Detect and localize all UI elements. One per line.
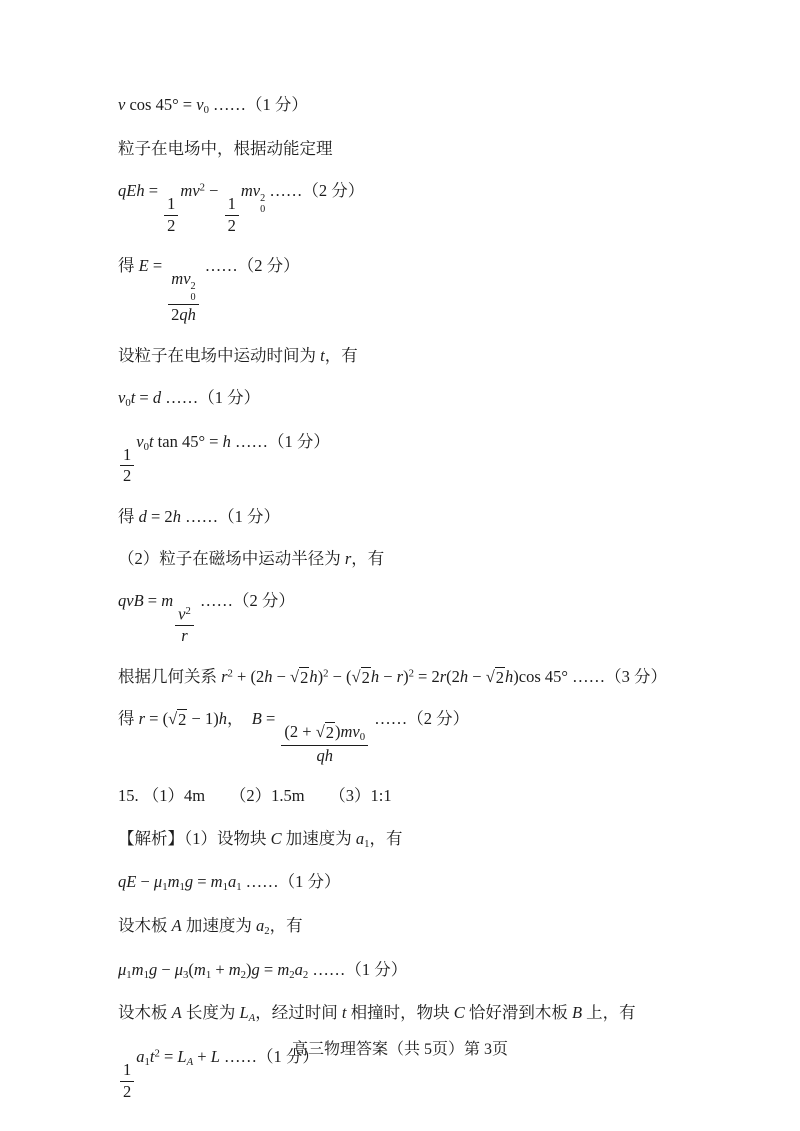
fraction: 12 [120,1061,134,1101]
text-run: 2 [123,466,131,485]
math-variable: μ [175,960,183,979]
math-variable: μ [154,872,162,891]
text-run: 设木板 [118,916,172,935]
text-run: ……（1 分） [209,95,308,114]
radical-sign: √ [352,667,361,688]
text-part2-radius-r: （2）粒子在磁场中运动半径为 r，有 [118,548,770,570]
equation-geometry-relation: 根据几何关系 r2 + (2h − √2h)2 − (√2h − r)2 = 2… [118,666,770,689]
math-variable: g [149,960,157,979]
equation-E-result: 得 E = mv202qh ……（2 分） [118,255,770,325]
math-variable: a [356,829,364,848]
fraction: (2 + √2)mv0qh [281,722,368,765]
text-run: − ( [328,667,351,686]
text-run: 得 [118,256,139,275]
math-variable: mv [171,269,190,288]
math-variable: a [228,872,236,891]
fraction: 12 [120,446,134,486]
text-run: 1 [228,194,236,213]
text-run: = [135,388,153,407]
math-variable: h [371,667,379,686]
math-variable: h [219,709,227,728]
text-run: ，有 [325,346,358,365]
math-variable: A [172,916,182,935]
math-variable: h [173,507,181,526]
superscript: 2 [185,605,190,617]
text-run: (2 + [284,722,315,741]
text-run: + [211,960,229,979]
text-run: 根据几何关系 [118,667,221,686]
equation-v0t-d: v0t = d ……（1 分） [118,387,770,411]
math-variable: B [572,1003,582,1022]
math-variable: m [132,960,144,979]
fraction: 12 [225,195,239,235]
text-run: 【解析】（1）设物块 [118,829,271,848]
text-run: 得 [118,507,139,526]
fraction: v2r [175,605,194,645]
math-variable: C [271,829,282,848]
subscript: 0 [360,732,365,744]
text-run: 长度为 [182,1003,240,1022]
text-run: (2 [446,667,460,686]
text-run: ……（2 分） [370,709,469,728]
text-run: ……（1 分） [161,388,260,407]
math-variable: d [153,388,161,407]
text-run: = [193,872,211,891]
document-page: v cos 45° = v0 ……（1 分）粒子在电场中，根据动能定理qEh =… [0,0,800,1131]
equation-qvB: qvB = mv2r ……（2 分） [118,590,770,645]
text-run: 恰好滑到木板 [465,1003,572,1022]
square-root: √2 [290,667,309,689]
text-run: = [144,591,162,610]
math-variable: v [196,95,203,114]
math-variable: h [223,432,231,451]
text-set-time-t: 设粒子在电场中运动时间为 t，有 [118,345,770,367]
text-run: ……（1 分） [242,872,341,891]
text-run: 2 [300,668,308,687]
text-run: 粒子在电场中，根据动能定理 [118,139,333,158]
equation-half-v0t-tan45: 12v0t tan 45° = h ……（1 分） [118,431,770,486]
text-analysis-block-C: 【解析】（1）设物块 C 加速度为 a1，有 [118,828,770,852]
text-run: = [149,256,167,275]
math-variable: qh [179,305,196,324]
math-variable: d [139,507,147,526]
radical-sign: √ [290,667,299,688]
text-run: ， [227,709,252,728]
text-run: 设粒子在电场中运动时间为 [118,346,320,365]
text-run: 15. （1）4m （2）1.5m （3）1:1 [118,786,392,805]
text-run: ，有 [351,549,384,568]
text-run: （2）粒子在磁场中运动半径为 [118,549,345,568]
text-run: 得 [118,709,139,728]
page-footer: 高三物理答案（共 5页）第 3页 [0,1036,800,1059]
math-variable: g [252,960,260,979]
radical-sign: √ [168,709,177,730]
text-run: 2 [123,1082,131,1101]
math-variable: E [139,256,149,275]
math-variable: qEh [118,181,145,200]
text-run: ……（2 分） [201,256,300,275]
radical-sign: √ [316,722,325,743]
text-run: 2 [362,668,370,687]
text-run: = 2 [147,507,173,526]
square-root: √2 [316,722,335,744]
math-variable: m [168,872,180,891]
text-run: )cos 45° ……（3 分） [513,667,667,686]
text-run: ……（1 分） [308,960,407,979]
text-run: ……（1 分） [231,432,330,451]
math-variable: m [277,960,289,979]
text-run: + (2 [233,667,264,686]
text-run: ……（2 分） [196,591,295,610]
text-run: − [205,181,223,200]
text-run: = ( [145,709,168,728]
equation-friction-balance: μ1m1g − μ3(m1 + m2)g = m2a2 ……（1 分） [118,959,770,983]
text-run: ，经过时间 [255,1003,342,1022]
math-variable: r [181,626,187,645]
text-run: ，有 [270,916,303,935]
text-run: 上，有 [582,1003,636,1022]
equation-v-cos45: v cos 45° = v0 ……（1 分） [118,94,770,118]
math-variable: v [136,432,143,451]
math-variable: a [256,916,264,935]
math-variable: qh [317,746,334,765]
text-run: − [157,960,175,979]
math-variable: A [172,1003,182,1022]
text-run: 加速度为 [282,829,356,848]
square-root: √2 [352,667,371,689]
equation-work-energy: qEh = 12mv2 − 12mv20 ……（2 分） [118,180,770,235]
math-variable: mv [241,181,260,200]
text-run: − [272,667,290,686]
text-run: 2 [228,216,236,235]
math-variable: m [211,872,223,891]
math-variable: L [239,1003,248,1022]
fraction: 12 [164,195,178,235]
text-run: 加速度为 [182,916,256,935]
text-run: tan 45° = [154,432,223,451]
text-run: 1 [123,445,131,464]
square-root: √2 [168,709,187,731]
math-variable: m [229,960,241,979]
text-run: 2 [167,216,175,235]
text-run: ……（2 分） [265,181,364,200]
math-variable: qE [118,872,136,891]
square-root: √2 [486,667,505,689]
math-variable: h [460,667,468,686]
fraction: mv202qh [168,270,198,325]
text-run: 1 [123,1060,131,1079]
math-variable: mv [341,722,360,741]
text-run: 2 [326,723,334,742]
radical-sign: √ [486,667,495,688]
text-run: ，有 [370,829,403,848]
text-run: = 2 [414,667,440,686]
math-variable: m [161,591,173,610]
math-variable: m [194,960,206,979]
text-board-A-acceleration: 设木板 A 加速度为 a2，有 [118,915,770,939]
text-run: 设木板 [118,1003,172,1022]
answer-line-question-15: 15. （1）4m （2）1.5m （3）1:1 [118,785,770,807]
text-run: cos 45° = [125,95,196,114]
text-run: 1 [167,194,175,213]
equation-d-2h: 得 d = 2h ……（1 分） [118,506,770,528]
math-variable: mv [180,181,199,200]
text-board-A-length: 设木板 A 长度为 LA，经过时间 t 相撞时，物块 C 恰好滑到木板 B 上，… [118,1002,770,1026]
math-variable: C [454,1003,465,1022]
text-run: = [262,709,280,728]
sup-sub-stack: 20 [191,281,196,304]
math-variable: a [295,960,303,979]
text-run: − 1) [187,709,218,728]
math-variable: qvB [118,591,144,610]
math-variable: B [252,709,262,728]
equation-r-B-result: 得 r = (√2 − 1)h， B = (2 + √2)mv0qh ……（2 … [118,708,770,765]
math-variable: h [309,667,317,686]
text-run: = [145,181,163,200]
text-electric-field-theorem: 粒子在电场中，根据动能定理 [118,138,770,160]
math-variable: g [185,872,193,891]
equation-qE-friction: qE − μ1m1g = m1a1 ……（1 分） [118,871,770,895]
text-run: 2 [178,710,186,729]
text-run: ……（1 分） [181,507,280,526]
text-run: = [260,960,278,979]
text-run: − [468,667,486,686]
text-run: − [379,667,397,686]
text-run: 相撞时，物块 [346,1003,453,1022]
text-run: − [136,872,154,891]
text-run: 2 [496,668,504,687]
content: v cos 45° = v0 ……（1 分）粒子在电场中，根据动能定理qEh =… [118,94,770,1121]
